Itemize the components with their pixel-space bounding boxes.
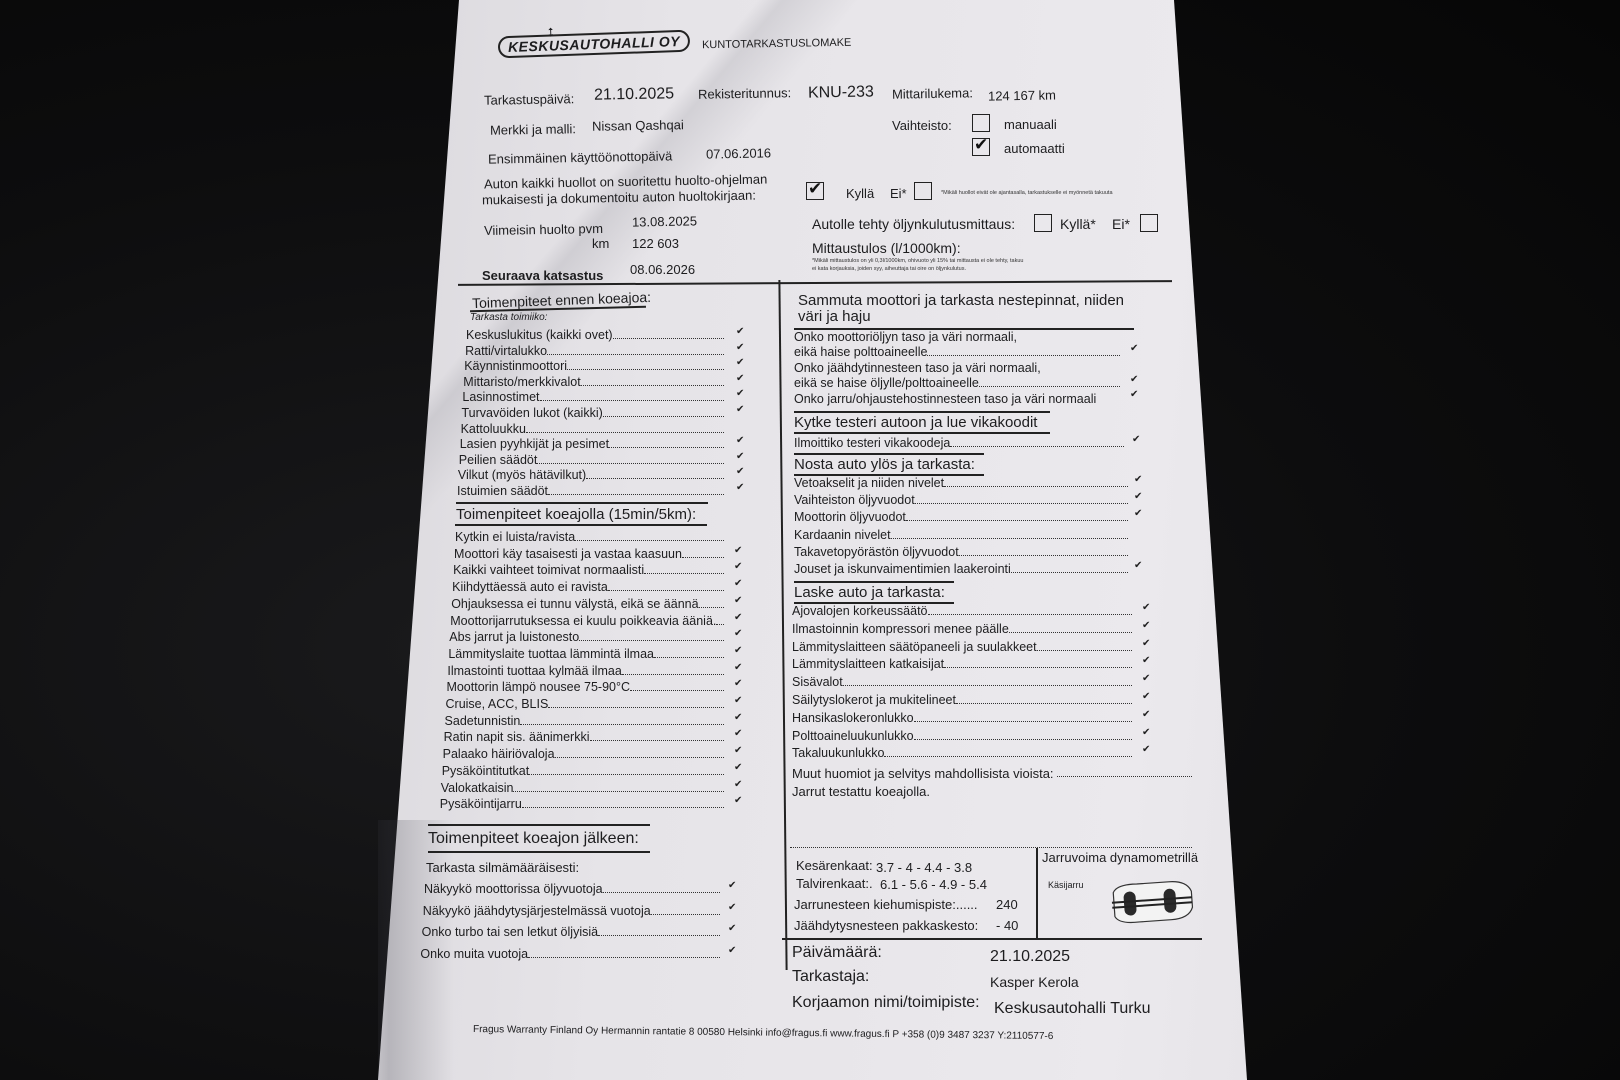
dot-leader xyxy=(540,400,725,401)
dot-leader xyxy=(613,338,724,339)
checklist-item-label: Ajovalojen korkeussäätö xyxy=(792,604,928,618)
checklist-item-label: eikä haise polttoaineelle xyxy=(794,345,927,359)
dot-leader xyxy=(622,674,725,675)
checkmark-icon[interactable]: ✔ xyxy=(734,678,742,689)
section-divider xyxy=(456,502,708,504)
checkmark-icon[interactable]: ✔ xyxy=(734,728,742,739)
gearbox-manual-label: manuaali xyxy=(1004,117,1057,132)
checklist-item-label: Jouset ja iskunvaimentimien laakerointi xyxy=(794,562,1011,576)
checklist-item: Sisävalot xyxy=(792,675,1132,689)
checkmark-icon[interactable]: ✔ xyxy=(736,482,744,493)
dot-leader xyxy=(630,690,724,691)
checkmark-icon[interactable]: ✔ xyxy=(734,745,742,756)
checkmark-icon[interactable]: ✔ xyxy=(734,662,742,673)
checkmark-icon[interactable]: ✔ xyxy=(734,545,742,556)
signature-date: 21.10.2025 xyxy=(990,948,1070,966)
dot-leader xyxy=(528,957,720,958)
dot-leader xyxy=(520,724,723,725)
checkmark-icon[interactable]: ✔ xyxy=(1142,620,1150,631)
measurement-box-divider xyxy=(1036,848,1038,940)
brake-fluid-value: 240 xyxy=(996,897,1018,912)
section-title-fluids: Sammuta moottori ja tarkasta nestepinnat… xyxy=(798,292,1124,309)
checklist-item-label: Kattoluukku xyxy=(461,422,526,436)
checklist-item: Vilkut (myös hätävilkut) xyxy=(458,468,724,482)
checklist-item: Lämmityslaite tuottaa lämmintä ilmaa xyxy=(448,647,723,661)
checklist-item: Valokatkaisin xyxy=(441,781,724,795)
remarks-label: Muut huomiot ja selvitys mahdollisista v… xyxy=(792,766,1054,781)
checklist-item-label: Lämmityslaitteen katkaisijat xyxy=(792,657,944,671)
dot-leader xyxy=(579,640,724,641)
checklist-item: Vaihteiston öljyvuodot xyxy=(794,493,1128,507)
inspector-name: Kasper Kerola xyxy=(990,974,1079,990)
coolant-label: Jäähdytysnesteen pakkaskesto: xyxy=(794,918,978,933)
checklist-item-label: Kaikki vaihteet toimivat normaalisti xyxy=(453,563,644,577)
checklist-item-label: Ilmastointi tuottaa kylmää ilmaa xyxy=(447,664,621,678)
last-service-km: 122 603 xyxy=(632,236,679,251)
checkmark-icon[interactable]: ✔ xyxy=(736,373,744,384)
checkmark-icon[interactable]: ✔ xyxy=(1134,508,1142,519)
service-program-no-label: Ei* xyxy=(890,186,907,201)
dot-leader xyxy=(914,739,1132,740)
registration-number: KNU-233 xyxy=(808,83,874,102)
checklist-item: Lämmityslaitteen säätöpaneeli ja suulakk… xyxy=(792,640,1132,654)
checklist-item-label: Kiihdyttäessä auto ei ravista xyxy=(452,580,608,594)
dot-leader xyxy=(979,386,1120,387)
checklist-item-label: Näkyykö moottorissa öljyvuotoja xyxy=(424,882,603,896)
checklist-item: Ohjauksessa ei tunnu välystä, eikä se ää… xyxy=(451,597,724,611)
checklist-item-label: Moottori käy tasaisesti ja vastaa kaasuu… xyxy=(454,547,682,561)
dot-leader xyxy=(915,503,1128,504)
checkmark-icon[interactable]: ✔ xyxy=(1142,673,1150,684)
checklist-item-label: Polttoaineluukunlukko xyxy=(792,729,914,743)
section-title-lift-car: Nosta auto ylös ja tarkasta: xyxy=(794,456,975,473)
section-divider xyxy=(794,453,984,455)
checkmark-icon[interactable]: ✔ xyxy=(736,451,744,462)
checkmark-icon[interactable]: ✔ xyxy=(1142,744,1150,755)
brake-fluid-label: Jarrunesteen kiehumispiste:...... xyxy=(794,897,978,912)
checklist-item-label: Valokatkaisin xyxy=(441,781,514,795)
dot-leader xyxy=(843,685,1132,686)
checklist-item-label: Onko turbo tai sen letkut öljyisiä xyxy=(422,925,598,939)
checklist-item: Polttoaineluukunlukko xyxy=(792,729,1132,743)
checklist-item-label: Näkyykö jäähdytysjärjestelmässä vuotoja xyxy=(423,904,651,918)
oil-consumption-label: Autolle tehty öljynkulutusmittaus: xyxy=(812,216,1015,232)
section-underline xyxy=(455,524,707,526)
dot-leader xyxy=(1011,572,1128,573)
dot-leader xyxy=(581,385,725,386)
odometer-label: Mittarilukema: xyxy=(892,85,973,101)
section-title-after-test-drive: Toimenpiteet koeajon jälkeen: xyxy=(428,830,639,848)
checklist-item-label: Istuimien säädöt xyxy=(457,484,548,498)
car-top-view-icon xyxy=(1107,877,1198,927)
checklist-item-label: Ratti/virtalukko xyxy=(465,344,547,358)
checkmark-icon[interactable]: ✔ xyxy=(1134,560,1142,571)
gearbox-manual-checkbox[interactable] xyxy=(972,114,990,132)
section-subtitle: Tarkasta silmämääräisesti: xyxy=(426,860,579,875)
checkmark-icon[interactable]: ✔ xyxy=(736,326,744,337)
checklist-item: Ilmastointi tuottaa kylmää ilmaa xyxy=(447,664,724,678)
checklist-item: Ratti/virtalukko xyxy=(465,344,724,358)
checklist-item: Takaluukunlukko xyxy=(792,746,1132,760)
checklist-item-line1: Onko jarru/ohjaustehostinnesteen taso ja… xyxy=(794,392,1096,406)
checklist-item: Ratin napit sis. äänimerkki xyxy=(444,730,724,744)
section-divider xyxy=(794,411,1050,413)
checklist-item: Istuimien säädöt xyxy=(457,484,724,498)
checklist-item-label: Lämmityslaite tuottaa lämmintä ilmaa xyxy=(448,647,654,661)
workshop-label: Korjaamon nimi/toimipiste: xyxy=(792,994,980,1012)
signature-divider xyxy=(782,938,1202,940)
checklist-item: Moottorin lämpö nousee 75-90°C xyxy=(446,680,723,694)
dot-leader xyxy=(654,657,724,658)
checklist-item: Pysäköintijarru xyxy=(440,797,724,811)
oil-consumption-yes-label: Kyllä* xyxy=(1060,216,1096,232)
inspection-date-label: Tarkastuspäivä: xyxy=(484,91,575,108)
section-underline xyxy=(794,432,1050,434)
checklist-item-label: Lasien pyyhkijät ja pesimet xyxy=(460,437,609,451)
dot-leader xyxy=(682,557,724,558)
checklist-item-label: Säilytyslokerot ja mukitelineet xyxy=(792,693,956,707)
checklist-item-label: Ratin napit sis. äänimerkki xyxy=(444,730,590,744)
checklist-item-label: Abs jarrut ja luistonesto xyxy=(449,630,579,644)
section-title-fluids-2: väri ja haju xyxy=(798,308,871,325)
dot-leader xyxy=(603,416,725,417)
oil-consumption-no-label: Ei* xyxy=(1112,216,1130,232)
dot-leader xyxy=(609,447,724,448)
oil-consumption-yes-checkbox[interactable] xyxy=(1034,214,1052,232)
checkmark-icon[interactable]: ✔ xyxy=(736,342,744,353)
checkmark-icon[interactable]: ✔ xyxy=(1142,709,1150,720)
section-divider xyxy=(428,824,650,826)
dot-leader xyxy=(575,540,724,541)
checklist-item: Vetoakselit ja niiden nivelet xyxy=(794,476,1128,490)
checklist-item-line1: Onko moottoriöljyn taso ja väri normaali… xyxy=(794,330,1017,344)
checklist-item: Ilmoittiko testeri vikakoodeja xyxy=(794,436,1124,450)
checklist-item-label: Kytkin ei luista/ravista xyxy=(455,530,575,544)
checklist-item: Näkyykö moottorissa öljyvuotoja xyxy=(424,882,720,896)
checkmark-icon[interactable]: ✔ xyxy=(1134,474,1142,485)
brake-dyno-label: Jarruvoima dynamometrillä xyxy=(1042,850,1198,865)
dot-leader xyxy=(1037,650,1132,651)
checklist-item-label: eikä se haise öljylle/polttoaineelle xyxy=(794,376,979,390)
inspection-date: 21.10.2025 xyxy=(594,85,674,104)
dot-leader xyxy=(651,914,720,915)
checklist-item-label: Peilien säädöt xyxy=(459,453,538,467)
dot-leader xyxy=(914,721,1132,722)
checkmark-icon[interactable]: ✔ xyxy=(734,578,742,589)
checklist-item-label: Hansikaslokeronlukko xyxy=(792,711,914,725)
dot-leader xyxy=(513,791,723,792)
section-title-diagnostics: Kytke testeri autoon ja lue vikakoodit xyxy=(794,414,1037,431)
checklist-item-label: Moottorijarrutuksessa ei kuulu poikkeavi… xyxy=(450,614,716,628)
first-registration-date: 07.06.2016 xyxy=(706,145,771,161)
remarks-dots xyxy=(1057,776,1192,777)
dot-leader xyxy=(884,756,1132,757)
gearbox-automatic-checkbox[interactable] xyxy=(972,138,990,156)
summer-tires-label: Kesärenkaat: xyxy=(796,858,873,873)
measurement-footnote-2: ei kata korjauksia, joiden syy, aiheutta… xyxy=(812,266,966,272)
checklist-item-label: Pysäköintitutkat xyxy=(442,764,530,778)
checklist-item-label: Turvavöiden lukot (kaikki) xyxy=(462,406,603,420)
checklist-item: Keskuslukitus (kaikki ovet) xyxy=(466,328,724,342)
checkmark-icon[interactable]: ✔ xyxy=(728,902,736,913)
checklist-item-label: Ilmoittiko testeri vikakoodeja xyxy=(794,436,950,450)
checklist-item: Ilmastoinnin kompressori menee päälle xyxy=(792,622,1132,636)
dot-leader xyxy=(522,807,724,808)
checklist-item: Abs jarrut ja luistonesto xyxy=(449,630,724,644)
checklist-item: Lämmityslaitteen katkaisijat xyxy=(792,657,1132,671)
checkmark-icon[interactable]: ✔ xyxy=(734,695,742,706)
checkmark-icon[interactable]: ✔ xyxy=(734,779,742,790)
last-service-date: 13.08.2025 xyxy=(632,213,697,229)
winter-tires-value: 6.1 - 5.6 - 4.9 - 5.4 xyxy=(880,877,987,892)
checklist-item-label: Sadetunnistin xyxy=(445,714,521,728)
checklist-item: Turvavöiden lukot (kaikki) xyxy=(462,406,725,420)
checklist-item-label: Vaihteiston öljyvuodot xyxy=(794,493,915,507)
last-service-km-label: km xyxy=(592,236,609,251)
checkmark-icon[interactable]: ✔ xyxy=(1130,389,1138,400)
next-inspection-date: 08.06.2026 xyxy=(630,262,695,277)
dot-leader xyxy=(548,707,724,708)
dot-leader xyxy=(699,607,725,608)
dot-leader xyxy=(598,935,720,936)
workshop-name: Keskusautohalli Turku xyxy=(994,1000,1151,1018)
checkmark-icon[interactable]: ✔ xyxy=(736,388,744,399)
checklist-item-label: Takavetopyörästön öljyvuodot xyxy=(794,545,959,559)
checklist-item-label: Pysäköintijarru xyxy=(440,797,522,811)
checklist-item: Lasien pyyhkijät ja pesimet xyxy=(460,437,725,451)
checkmark-icon[interactable]: ✔ xyxy=(1142,602,1150,613)
checklist-item: Ajovalojen korkeussäätö xyxy=(792,604,1132,618)
checkmark-icon[interactable]: ✔ xyxy=(1134,491,1142,502)
checklist-item: Kattoluukku xyxy=(461,422,725,436)
checklist-item: Moottorijarrutuksessa ei kuulu poikkeavi… xyxy=(450,614,724,628)
section-title-test-drive: Toimenpiteet koeajolla (15min/5km): xyxy=(456,506,696,523)
dot-leader xyxy=(928,614,1132,615)
checklist-item: Onko muita vuotoja xyxy=(420,947,719,961)
checkmark-icon[interactable]: ✔ xyxy=(1142,691,1150,702)
checklist-item: Hansikaslokeronlukko xyxy=(792,711,1132,725)
checklist-item: Säilytyslokerot ja mukitelineet xyxy=(792,693,1132,707)
checklist-item: Palaako häiriövaloja xyxy=(443,747,724,761)
checklist-item: Kytkin ei luista/ravista xyxy=(455,530,724,544)
checklist-item: eikä haise polttoaineelle xyxy=(794,345,1120,359)
checkmark-icon[interactable]: ✔ xyxy=(734,561,742,572)
service-program-no-checkbox[interactable] xyxy=(914,182,932,200)
checklist-item-label: Keskuslukitus (kaikki ovet) xyxy=(466,328,613,342)
remarks-text[interactable]: Jarrut testattu koeajolla. xyxy=(792,784,930,799)
checklist-item-label: Palaako häiriövaloja xyxy=(443,747,555,761)
gearbox-automatic-label: automaatti xyxy=(1004,141,1065,156)
gearbox-label: Vaihteisto: xyxy=(892,118,952,133)
checkmark-icon[interactable]: ✔ xyxy=(734,628,742,639)
dot-leader xyxy=(537,463,723,464)
section-underline xyxy=(428,851,650,853)
summer-tires-value: 3.7 - 4 - 4.4 - 3.8 xyxy=(876,860,972,875)
dot-leader xyxy=(891,538,1128,539)
checkmark-icon[interactable]: ✔ xyxy=(736,466,744,477)
last-service-label: Viimeisin huolto pvm xyxy=(484,221,603,238)
registration-label: Rekisteritunnus: xyxy=(698,85,791,102)
dot-leader xyxy=(944,486,1128,487)
checkmark-icon[interactable]: ✔ xyxy=(734,595,742,606)
dot-leader xyxy=(1009,632,1132,633)
checklist-item: Sadetunnistin xyxy=(445,714,724,728)
checklist-item: eikä se haise öljylle/polttoaineelle xyxy=(794,376,1120,390)
checkmark-icon[interactable]: ✔ xyxy=(734,612,742,623)
dot-leader xyxy=(603,892,720,893)
dot-leader xyxy=(608,590,724,591)
make-model: Nissan Qashqai xyxy=(592,117,684,134)
checklist-item: Kiihdyttäessä auto ei ravista xyxy=(452,580,723,594)
dot-leader xyxy=(526,432,724,433)
checklist-item-label: Onko muita vuotoja xyxy=(420,947,528,961)
dot-leader xyxy=(590,740,724,741)
coolant-value: - 40 xyxy=(996,918,1018,933)
remarks-end-line xyxy=(790,847,1192,848)
checklist-item: Käynnistinmoottori xyxy=(464,359,724,373)
dot-leader xyxy=(944,667,1132,668)
dot-leader xyxy=(529,774,723,775)
checklist-item-label: Kardaanin nivelet xyxy=(794,528,891,542)
checklist-item-label: Lasinnostimet xyxy=(462,390,539,404)
oil-consumption-no-checkbox[interactable] xyxy=(1140,214,1158,232)
checklist-item: Takavetopyörästön öljyvuodot xyxy=(794,545,1128,559)
checklist-item-label: Moottorin öljyvuodot xyxy=(794,510,906,524)
checklist-item: Jouset ja iskunvaimentimien laakerointi xyxy=(794,562,1128,576)
checkmark-icon[interactable]: ✔ xyxy=(1142,638,1150,649)
next-inspection-label: Seuraava katsastus xyxy=(482,268,603,283)
checklist-item-label: Vilkut (myös hätävilkut) xyxy=(458,468,586,482)
checkmark-icon[interactable]: ✔ xyxy=(728,923,736,934)
dot-leader xyxy=(959,555,1128,556)
checkmark-icon[interactable]: ✔ xyxy=(728,880,736,891)
odometer-value: 124 167 km xyxy=(988,87,1056,103)
checklist-item: Kaikki vaihteet toimivat normaalisti xyxy=(453,563,724,577)
checklist-item: Pysäköintitutkat xyxy=(442,764,724,778)
checklist-item-label: Ohjauksessa ei tunnu välystä, eikä se ää… xyxy=(451,597,698,611)
section-title-lower-car: Laske auto ja tarkasta: xyxy=(794,584,945,601)
checkmark-icon[interactable]: ✔ xyxy=(736,404,744,415)
checkmark-icon[interactable]: ✔ xyxy=(1130,374,1138,385)
service-program-footnote: *Mikäli huollot eivät ole ajantasalla, t… xyxy=(941,190,1113,196)
checkmark-icon[interactable]: ✔ xyxy=(1142,727,1150,738)
checkmark-icon[interactable]: ✔ xyxy=(734,795,742,806)
winter-tires-label: Talvirenkaat:. xyxy=(796,876,873,891)
dot-leader xyxy=(548,494,724,495)
dot-leader xyxy=(950,446,1124,447)
measurement-footnote-1: *Mikäli mittaustulos on yli 0,3l/1000km,… xyxy=(812,258,1023,264)
checklist-item-line1: Onko jäähdytinnesteen taso ja väri norma… xyxy=(794,361,1041,375)
checklist-item: Näkyykö jäähdytysjärjestelmässä vuotoja xyxy=(423,904,720,918)
checklist-item: Onko turbo tai sen letkut öljyisiä xyxy=(422,925,721,939)
inspector-label: Tarkastaja: xyxy=(792,968,869,986)
dot-leader xyxy=(644,573,724,574)
checkmark-icon[interactable]: ✔ xyxy=(728,945,736,956)
section-subtitle: Tarkasta toimiiko: xyxy=(470,312,547,323)
section-divider xyxy=(794,581,954,583)
date-label: Päivämäärä: xyxy=(792,944,882,962)
checklist-item: Lasinnostimet xyxy=(462,390,724,404)
checklist-item: Kardaanin nivelet xyxy=(794,528,1128,542)
service-program-yes-label: Kyllä xyxy=(846,186,874,201)
checkmark-icon[interactable]: ✔ xyxy=(734,712,742,723)
checkmark-icon[interactable]: ✔ xyxy=(736,435,744,446)
first-registration-label: Ensimmäinen käyttöönottopäivä xyxy=(488,148,673,166)
checklist-item-label: Moottorin lämpö nousee 75-90°C xyxy=(446,680,630,694)
checkmark-icon[interactable]: ✔ xyxy=(1132,434,1140,445)
make-model-label: Merkki ja malli: xyxy=(490,121,576,137)
checklist-item-label: Käynnistinmoottori xyxy=(464,359,567,373)
dot-leader xyxy=(927,355,1120,356)
dot-leader xyxy=(956,703,1132,704)
dot-leader xyxy=(586,478,724,479)
checkmark-icon[interactable]: ✔ xyxy=(1130,343,1138,354)
checkmark-icon[interactable]: ✔ xyxy=(734,645,742,656)
dot-leader xyxy=(716,624,724,625)
handbrake-label: Käsijarru xyxy=(1048,880,1084,890)
dot-leader xyxy=(547,354,724,355)
checklist-item: Mittaristo/merkkivalot xyxy=(463,375,724,389)
checkmark-icon[interactable]: ✔ xyxy=(736,357,744,368)
checklist-item-label: Ilmastoinnin kompressori menee päälle xyxy=(792,622,1009,636)
checklist-item-label: Lämmityslaitteen säätöpaneeli ja suulakk… xyxy=(792,640,1037,654)
measurement-result-label: Mittaustulos (l/1000km): xyxy=(812,240,961,256)
dot-leader xyxy=(567,369,724,370)
checklist-item-label: Sisävalot xyxy=(792,675,843,689)
checklist-item: Moottorin öljyvuodot xyxy=(794,510,1128,524)
dot-leader xyxy=(555,757,724,758)
logo-wing-icon: ⭥ xyxy=(547,25,554,40)
checklist-item-label: Mittaristo/merkkivalot xyxy=(463,375,580,389)
checklist-item: Peilien säädöt xyxy=(459,453,724,467)
checkmark-icon[interactable]: ✔ xyxy=(1142,655,1150,666)
checklist-item-label: Cruise, ACC, BLIS xyxy=(446,697,549,711)
checklist-item-label: Vetoakselit ja niiden nivelet xyxy=(794,476,944,490)
dot-leader xyxy=(906,520,1128,521)
checklist-item: Moottori käy tasaisesti ja vastaa kaasuu… xyxy=(454,547,724,561)
checklist-item-label: Takaluukunlukko xyxy=(792,746,884,760)
service-program-yes-checkbox[interactable] xyxy=(806,182,824,200)
checkmark-icon[interactable]: ✔ xyxy=(734,762,742,773)
checklist-item: Cruise, ACC, BLIS xyxy=(446,697,724,711)
